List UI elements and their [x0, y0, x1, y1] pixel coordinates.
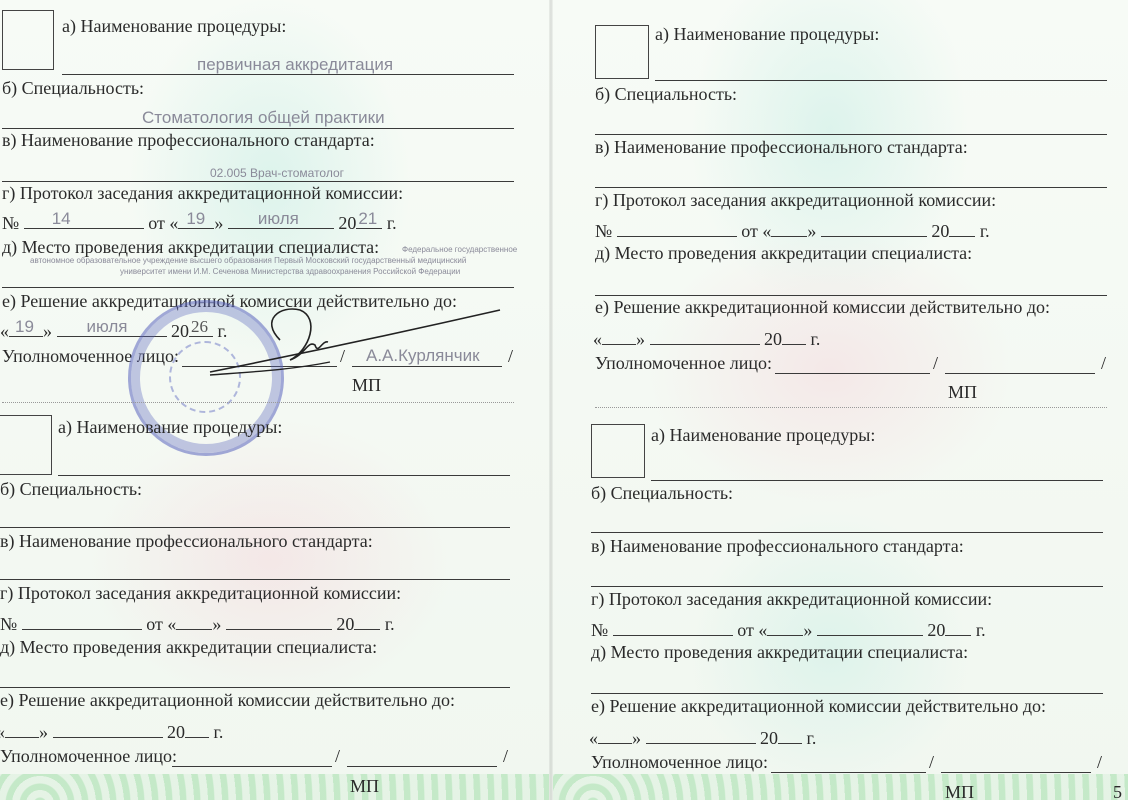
accreditation-entry-2: а) Наименование процедуры: б) Специально… [553, 0, 1128, 410]
seal-place-label: МП [945, 782, 974, 800]
procedure-label: а) Наименование процедуры: [58, 417, 282, 437]
protocol-year-value: 21 [358, 209, 377, 229]
specialty-label: б) Специальность: [595, 84, 737, 104]
valid-day-value: 19 [15, 317, 34, 337]
standard-value: 02.005 Врач-стоматолог [210, 166, 344, 180]
procedure-checkbox[interactable] [595, 25, 649, 79]
standard-label: в) Наименование профессионального станда… [591, 536, 964, 556]
valid-month-value: июля [87, 317, 128, 337]
page-number: 5 [1113, 782, 1122, 800]
authorized-label: Уполномоченное лицо: [595, 353, 772, 373]
procedure-value: первичная аккредитация [197, 55, 393, 75]
valid-until-label: е) Решение аккредитационной комиссии дей… [0, 690, 455, 710]
procedure-label: а) Наименование процедуры: [62, 16, 286, 36]
right-page: а) Наименование процедуры: б) Специально… [553, 0, 1128, 800]
accreditation-entry-3: а) Наименование процедуры: б) Специально… [0, 405, 549, 800]
standard-label: в) Наименование профессионального станда… [2, 130, 375, 150]
place-value-line3: университет имени И.М. Сеченова Министер… [120, 267, 460, 276]
place-value-line1: Федеральное государственное [402, 245, 517, 254]
valid-until-label: е) Решение аккредитационной комиссии дей… [595, 297, 1050, 317]
specialty-label: б) Специальность: [591, 483, 733, 503]
accreditation-entry-1: а) Наименование процедуры: первичная акк… [0, 0, 549, 405]
standard-label: в) Наименование профессионального станда… [595, 137, 968, 157]
protocol-label: г) Протокол заседания аккредитационной к… [2, 183, 403, 203]
protocol-line: № 14 от «19» июля 2021 г. [2, 212, 397, 233]
procedure-checkbox[interactable] [591, 424, 645, 478]
protocol-month-value: июля [258, 209, 299, 229]
procedure-label: а) Наименование процедуры: [651, 425, 875, 445]
seal-place-label: МП [350, 776, 379, 797]
protocol-line: № от «» 20 г. [595, 220, 990, 241]
signature-icon [190, 300, 510, 390]
protocol-label: г) Протокол заседания аккредитационной к… [595, 190, 996, 210]
place-label: д) Место проведения аккредитации специал… [2, 237, 379, 257]
procedure-checkbox[interactable] [2, 10, 54, 70]
place-label: д) Место проведения аккредитации специал… [591, 642, 968, 662]
protocol-number-value: 14 [52, 209, 71, 229]
protocol-label: г) Протокол заседания аккредитационной к… [0, 583, 401, 603]
valid-until-line: «» 20 г. [589, 727, 816, 748]
protocol-line: № от «» 20 г. [591, 619, 986, 640]
seal-place-label: МП [948, 382, 977, 403]
protocol-day-value: 19 [186, 209, 205, 229]
protocol-label: г) Протокол заседания аккредитационной к… [591, 589, 992, 609]
specialty-label: б) Специальность: [2, 78, 144, 98]
specialty-label: б) Специальность: [0, 479, 142, 499]
procedure-label: а) Наименование процедуры: [655, 24, 879, 44]
procedure-checkbox[interactable] [0, 415, 52, 475]
valid-until-line: «» 20 г. [593, 328, 820, 349]
place-value-line2: автономное образовательное учреждение вы… [30, 256, 466, 265]
authorized-label: Уполномоченное лицо: [591, 752, 768, 772]
specialty-value: Стоматология общей практики [142, 108, 385, 128]
standard-label: в) Наименование профессионального станда… [0, 531, 373, 551]
left-page: а) Наименование процедуры: первичная акк… [0, 0, 549, 800]
place-label: д) Место проведения аккредитации специал… [0, 637, 377, 657]
place-label: д) Место проведения аккредитации специал… [595, 243, 972, 263]
protocol-line: № от «» 20 г. [0, 613, 395, 634]
valid-until-line: «» 20 г. [0, 721, 223, 742]
accreditation-entry-4: а) Наименование процедуры: б) Специально… [553, 410, 1128, 800]
valid-until-label: е) Решение аккредитационной комиссии дей… [591, 696, 1046, 716]
authorized-label: Уполномоченное лицо: [0, 746, 177, 766]
